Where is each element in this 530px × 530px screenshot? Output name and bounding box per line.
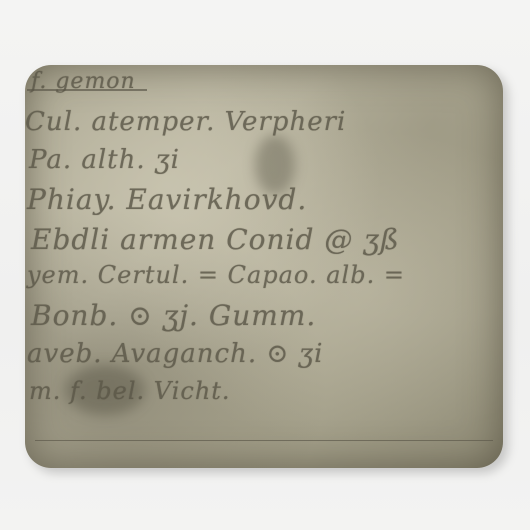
script-line-2: Cul. atemper. Verpheri	[25, 107, 346, 137]
mousepad: f. gemon Cul. atemper. Verpheri Pa. alth…	[25, 65, 503, 468]
script-line-6: yem. Certul. = Capao. alb. =	[27, 261, 405, 289]
script-line-3: Pa. alth. ʒi	[29, 145, 180, 175]
script-line-8: aveb. Avaganch. ⊙ ʒi	[27, 339, 323, 369]
script-line-5: Ebdli armen Conid @ ʒß	[31, 223, 400, 256]
underline-rule	[35, 440, 493, 441]
script-line-7: Bonb. ⊙ ʒj. Gumm.	[31, 299, 316, 332]
script-line-1: f. gemon	[31, 69, 136, 94]
script-line-9: m. f. bel. Vicht.	[29, 377, 231, 405]
script-line-4: Phiay. Eavirkhovd.	[27, 183, 307, 216]
